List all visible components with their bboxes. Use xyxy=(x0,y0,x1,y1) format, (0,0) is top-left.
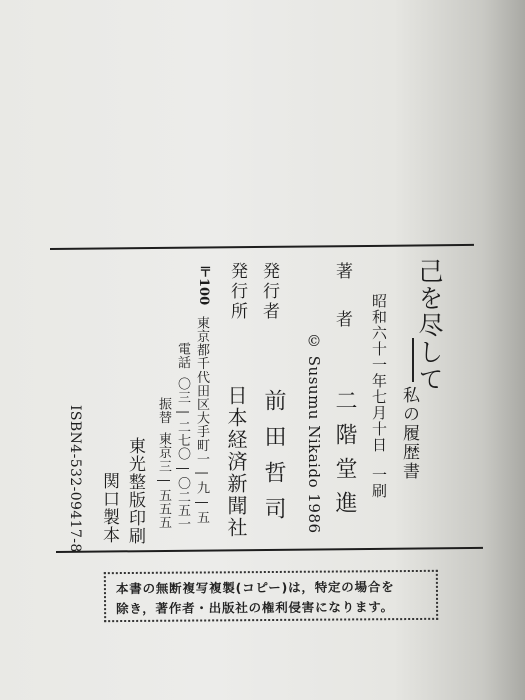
author-name: 二階堂進 xyxy=(333,389,355,525)
book-title: 己を尽して xyxy=(417,258,442,393)
em-dash xyxy=(412,338,414,382)
phone-label: 電話 xyxy=(175,342,190,369)
subtitle-text: 私の履歴書 xyxy=(399,386,419,481)
publication-date: 昭和六十一年七月十日一刷 xyxy=(371,293,386,499)
transfer-label: 振替 xyxy=(156,397,171,424)
bottom-rule xyxy=(56,547,483,553)
publisher-name: 前田哲司 xyxy=(262,389,284,533)
phone-number: 〇三―二七〇―〇二五一 xyxy=(175,377,190,531)
publisher-label: 発行者 xyxy=(260,262,277,322)
top-rule xyxy=(50,244,474,250)
edition-text: 一刷 xyxy=(370,467,388,499)
isbn: ISBN4-532-09417-8 xyxy=(68,405,82,553)
copyright-notice-box: 本書の無断複写複製(コピー)は，特定の場合を 除き，著作者・出版社の権利侵害にな… xyxy=(104,570,438,622)
address: 東京都千代田区大手町一―九―五 xyxy=(195,316,208,524)
publishing-house-name: 日本経済新聞社 xyxy=(226,385,246,539)
phone: 電話〇三―二七〇―〇二五一 xyxy=(176,342,189,531)
transfer-number: 東京三―五五五 xyxy=(156,432,171,529)
publishing-house-label: 発行所 xyxy=(228,262,245,322)
postal-code: 〒100 xyxy=(197,265,210,305)
postal-transfer: 振替東京三―五五五 xyxy=(157,397,170,529)
date-text: 昭和六十一年七月十日 xyxy=(370,293,388,453)
printer: 東光整版印刷 xyxy=(126,437,143,545)
notice-line-1: 本書の無断複写複製(コピー)は，特定の場合を xyxy=(116,577,426,599)
book-subtitle: 私の履歴書 xyxy=(400,338,417,481)
notice-line-2: 除き，著作者・出版社の権利侵害になります。 xyxy=(116,597,426,619)
copyright-notice: © Susumu Nikaido 1986 xyxy=(306,332,321,534)
binder: 関口製本 xyxy=(100,472,117,544)
author-label: 著者 xyxy=(333,262,350,330)
